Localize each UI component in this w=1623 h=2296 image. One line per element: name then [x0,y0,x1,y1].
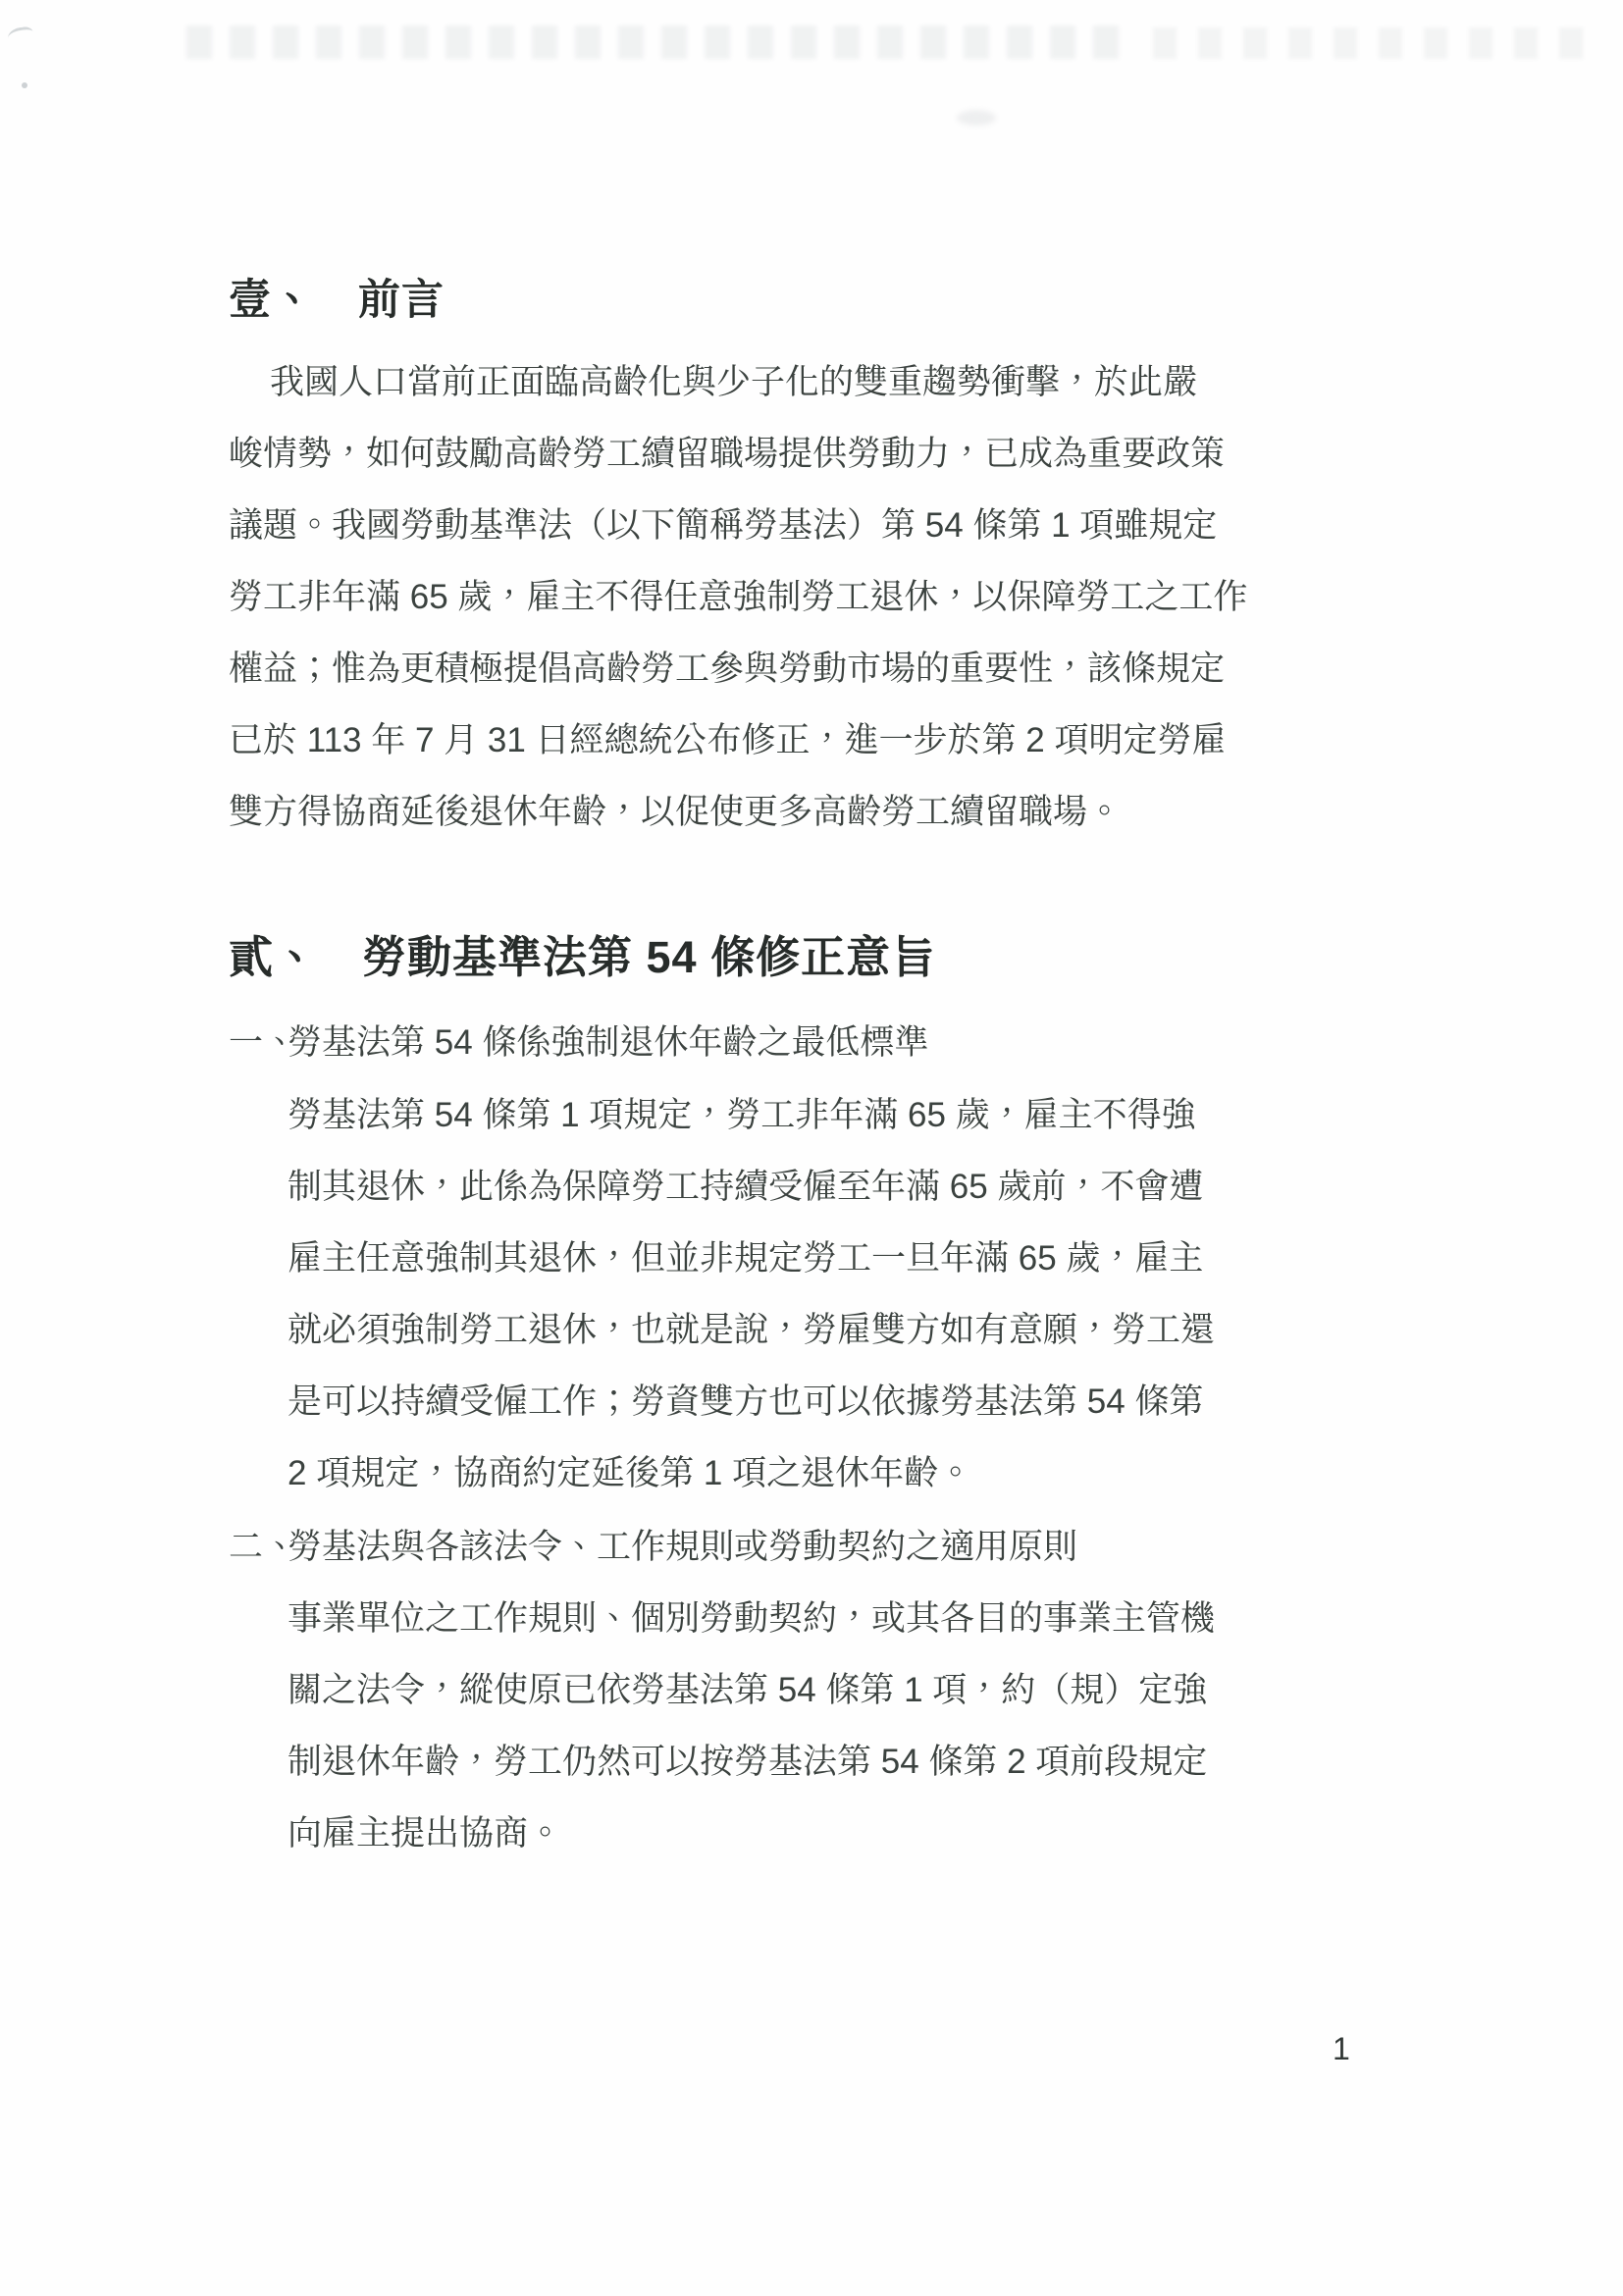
list-item-1-numeral: 一、 [229,1007,288,1078]
list-item-1-heading: 一、勞基法第 54 條係強制退休年齡之最低標準 [229,1007,928,1078]
section1-heading-title: 前言 [358,277,445,324]
intro-paragraph: 我國人口當前正面臨高齡化與少子化的雙重趨勢衝擊，於此嚴峻情勢，如何鼓勵高齡勞工續… [229,346,1247,848]
text-line: 我國人口當前正面臨高齡化與少子化的雙重趨勢衝擊，於此嚴 [229,346,1247,418]
scan-artifact-smudge [957,110,996,126]
page-number: 1 [1333,2029,1350,2068]
section2-heading: 貳、勞動基準法第 54 條修正意旨 [229,930,936,985]
section1-heading: 壹、前言 [229,275,445,326]
scan-artifact-ghost-text [1153,27,1595,59]
text-line: 議題。我國勞動基準法（以下簡稱勞基法）第 54 條第 1 項雖規定 [229,490,1247,561]
document-page: 壹、前言 我國人口當前正面臨高齡化與少子化的雙重趨勢衝擊，於此嚴峻情勢，如何鼓勵… [0,0,1623,2296]
list-item-2-numeral: 二、 [229,1511,288,1583]
text-line: 峻情勢，如何鼓勵高齡勞工續留職場提供勞動力，已成為重要政策 [229,418,1247,490]
section2-heading-numeral: 貳、 [229,932,319,982]
text-line: 權益；惟為更積極提倡高齡勞工參與勞動市場的重要性，該條規定 [229,633,1247,704]
section1-heading-numeral: 壹、 [229,277,315,324]
list-item-2-heading: 二、勞基法與各該法令、工作規則或勞動契約之適用原則 [229,1511,1077,1583]
text-line: 事業單位之工作規則、個別勞動契約，或其各目的事業主管機 [288,1583,1215,1654]
text-line: 制退休年齡，勞工仍然可以按勞基法第 54 條第 2 項前段規定 [288,1726,1215,1798]
text-line: 向雇主提出協商。 [288,1798,1215,1869]
text-line: 勞工非年滿 65 歲，雇主不得任意強制勞工退休，以保障勞工之工作 [229,561,1247,633]
text-line: 雇主任意強制其退休，但並非規定勞工一旦年滿 65 歲，雇主 [288,1223,1215,1294]
scan-artifact-ghost-text [186,26,1119,59]
scan-artifact-dot [22,82,27,88]
scan-artifact-tilde [7,26,34,45]
section2-heading-title: 勞動基準法第 54 條修正意旨 [362,932,936,982]
text-line: 制其退休，此係為保障勞工持續受僱至年滿 65 歲前，不會遭 [288,1151,1215,1223]
text-line: 是可以持續受僱工作；勞資雙方也可以依據勞基法第 54 條第 [288,1366,1215,1437]
list-item-2-title: 勞基法與各該法令、工作規則或勞動契約之適用原則 [288,1528,1077,1566]
text-line: 就必須強制勞工退休，也就是說，勞雇雙方如有意願，勞工還 [288,1294,1215,1366]
list-item-2-body: 事業單位之工作規則、個別勞動契約，或其各目的事業主管機關之法令，縱使原已依勞基法… [288,1583,1215,1869]
text-line: 雙方得協商延後退休年齡，以促使更多高齡勞工續留職場。 [229,776,1247,848]
text-line: 2 項規定，協商約定延後第 1 項之退休年齡。 [288,1437,1215,1509]
text-line: 關之法令，縱使原已依勞基法第 54 條第 1 項，約（規）定強 [288,1654,1215,1726]
list-item-1-title: 勞基法第 54 條係強制退休年齡之最低標準 [288,1023,928,1062]
text-line: 已於 113 年 7 月 31 日經總統公布修正，進一步於第 2 項明定勞雇 [229,704,1247,776]
text-line: 勞基法第 54 條第 1 項規定，勞工非年滿 65 歲，雇主不得強 [288,1079,1215,1151]
list-item-1-body: 勞基法第 54 條第 1 項規定，勞工非年滿 65 歲，雇主不得強制其退休，此係… [288,1079,1215,1509]
